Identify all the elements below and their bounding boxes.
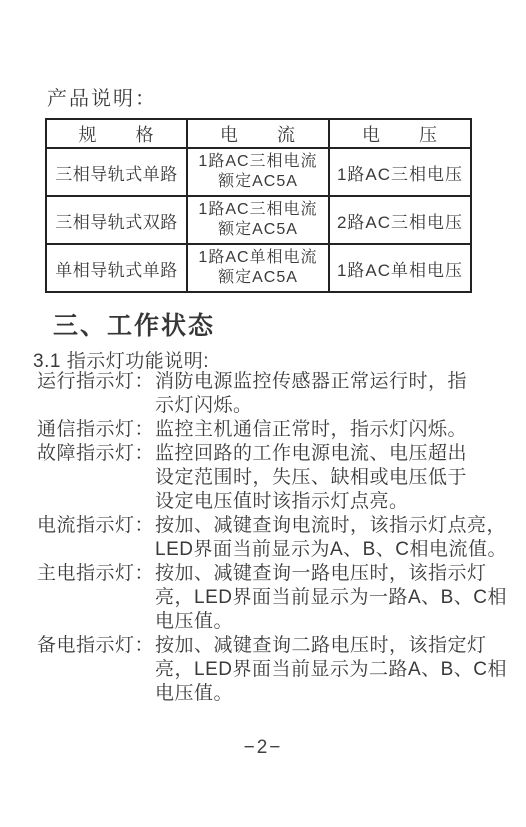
table-header-row: 规 格 电 流 电 压 — [46, 119, 471, 148]
indicator-line: 按加、减键查询二路电压时，该指定灯 — [155, 634, 512, 658]
indicator-label: 通信指示灯： — [37, 418, 155, 442]
indicator-entry-fault: 故障指示灯： 监控回路的工作电源电流、电压超出 设定范围时，失压、缺相或电压低于… — [37, 442, 512, 514]
current-line1: 1路AC单相电流 — [188, 248, 328, 268]
spec-table: 规 格 电 流 电 压 三相导轨式单路 1路AC三相电流 额定AC5A 1路AC… — [45, 118, 472, 293]
current-cell: 1路AC单相电流 额定AC5A — [187, 244, 329, 292]
indicator-line: 设定电压值时该指示灯点亮。 — [155, 490, 512, 514]
indicator-description: 监控主机通信正常时，指示灯闪烁。 — [155, 418, 512, 442]
indicator-line: LED界面当前显示为A、B、C相电流值。 — [155, 538, 512, 562]
indicator-line: 亮，LED界面当前显示为二路A、B、C相 — [155, 658, 512, 682]
spec-cell: 单相导轨式单路 — [46, 244, 187, 292]
indicator-label: 故障指示灯： — [37, 442, 155, 466]
table-row: 单相导轨式单路 1路AC单相电流 额定AC5A 1路AC单相电压 — [46, 244, 471, 292]
indicator-list: 运行指示灯： 消防电源监控传感器正常运行时，指 示灯闪烁。 通信指示灯： 监控主… — [37, 370, 512, 706]
current-cell: 1路AC三相电流 额定AC5A — [187, 196, 329, 244]
indicator-line: 消防电源监控传感器正常运行时，指 — [155, 370, 512, 394]
voltage-cell: 1路AC三相电压 — [329, 148, 471, 196]
subsection-title: 3.1 指示灯功能说明: — [33, 346, 209, 373]
indicator-line: 示灯闪烁。 — [155, 394, 512, 418]
indicator-line: 监控回路的工作电源电流、电压超出 — [155, 442, 512, 466]
indicator-line: 电压值。 — [155, 682, 512, 706]
indicator-label: 主电指示灯： — [37, 562, 155, 586]
spec-cell: 三相导轨式单路 — [46, 148, 187, 196]
indicator-label: 电流指示灯： — [37, 514, 155, 538]
indicator-entry-current: 电流指示灯： 按加、减键查询电流时，该指示灯点亮， LED界面当前显示为A、B、… — [37, 514, 512, 562]
indicator-line: 电压值。 — [155, 610, 512, 634]
table-row: 三相导轨式单路 1路AC三相电流 额定AC5A 1路AC三相电压 — [46, 148, 471, 196]
current-line2: 额定AC5A — [188, 172, 328, 192]
current-cell: 1路AC三相电流 额定AC5A — [187, 148, 329, 196]
current-line1: 1路AC三相电流 — [188, 200, 328, 220]
indicator-description: 按加、减键查询二路电压时，该指定灯 亮，LED界面当前显示为二路A、B、C相 电… — [155, 634, 512, 706]
current-line1: 1路AC三相电流 — [188, 152, 328, 172]
product-description-label: 产品说明： — [47, 82, 157, 111]
indicator-entry-main-power: 主电指示灯： 按加、减键查询一路电压时，该指示灯 亮，LED界面当前显示为一路A… — [37, 562, 512, 634]
current-line2: 额定AC5A — [188, 268, 328, 288]
indicator-line: 按加、减键查询一路电压时，该指示灯 — [155, 562, 512, 586]
indicator-line: 监控主机通信正常时，指示灯闪烁。 — [155, 418, 512, 442]
table-row: 三相导轨式双路 1路AC三相电流 额定AC5A 2路AC三相电压 — [46, 196, 471, 244]
indicator-description: 监控回路的工作电源电流、电压超出 设定范围时，失压、缺相或电压低于 设定电压值时… — [155, 442, 512, 514]
indicator-description: 按加、减键查询电流时，该指示灯点亮， LED界面当前显示为A、B、C相电流值。 — [155, 514, 512, 562]
indicator-line: 设定范围时，失压、缺相或电压低于 — [155, 466, 512, 490]
header-spec: 规 格 — [46, 119, 187, 148]
indicator-description: 消防电源监控传感器正常运行时，指 示灯闪烁。 — [155, 370, 512, 418]
indicator-line: 亮，LED界面当前显示为一路A、B、C相 — [155, 586, 512, 610]
header-voltage: 电 压 — [329, 119, 471, 148]
indicator-description: 按加、减键查询一路电压时，该指示灯 亮，LED界面当前显示为一路A、B、C相 电… — [155, 562, 512, 634]
indicator-entry-run: 运行指示灯： 消防电源监控传感器正常运行时，指 示灯闪烁。 — [37, 370, 512, 418]
current-line2: 额定AC5A — [188, 220, 328, 240]
indicator-label: 运行指示灯： — [37, 370, 155, 394]
voltage-cell: 2路AC三相电压 — [329, 196, 471, 244]
manual-page: 产品说明： 规 格 电 流 电 压 三相导轨式单路 1路AC三相电流 额定AC5… — [0, 0, 526, 827]
spec-cell: 三相导轨式双路 — [46, 196, 187, 244]
section-heading: 三、工作状态 — [53, 306, 215, 342]
page-number: −2− — [0, 737, 526, 759]
indicator-entry-backup-power: 备电指示灯： 按加、减键查询二路电压时，该指定灯 亮，LED界面当前显示为二路A… — [37, 634, 512, 706]
voltage-cell: 1路AC单相电压 — [329, 244, 471, 292]
indicator-entry-comm: 通信指示灯： 监控主机通信正常时，指示灯闪烁。 — [37, 418, 512, 442]
indicator-label: 备电指示灯： — [37, 634, 155, 658]
header-current: 电 流 — [187, 119, 329, 148]
indicator-line: 按加、减键查询电流时，该指示灯点亮， — [155, 514, 512, 538]
